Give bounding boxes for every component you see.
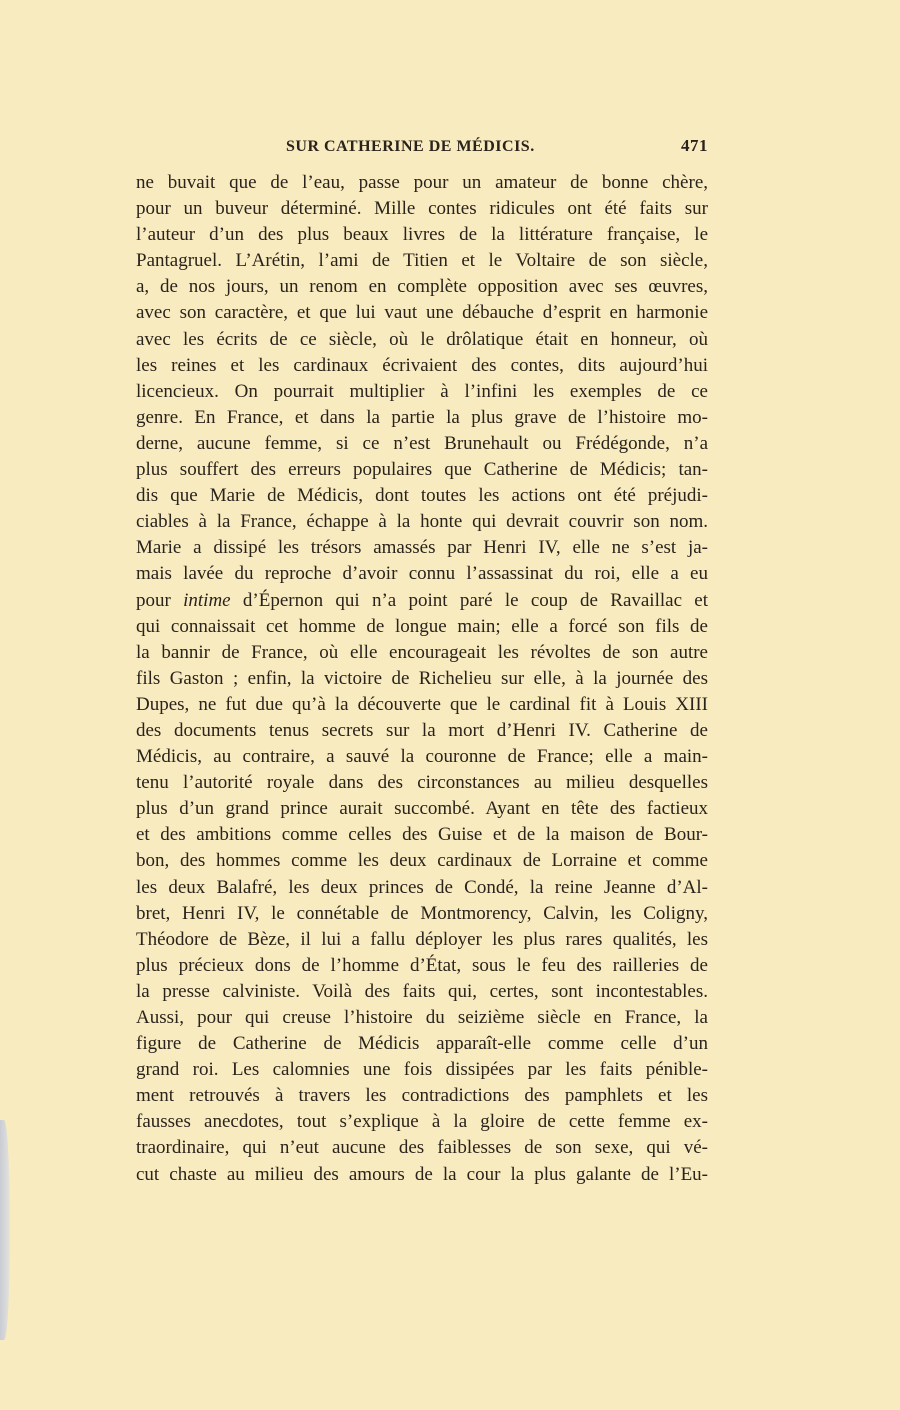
text-line: bon, des hommes comme les deux cardinaux… bbox=[136, 848, 708, 874]
text-line: dis que Marie de Médicis, dont toutes le… bbox=[136, 483, 708, 509]
text-line: tenu l’autorité royale dans des circonst… bbox=[136, 770, 708, 796]
text-line: la bannir de France, où elle encourageai… bbox=[136, 640, 708, 666]
body-text: ne buvait que de l’eau, passe pour un am… bbox=[136, 170, 708, 1188]
text-line: fausses anecdotes, tout s’explique à la … bbox=[136, 1109, 708, 1135]
text-line: Dupes, ne fut due qu’à la découverte que… bbox=[136, 692, 708, 718]
text-line: derne, aucune femme, si ce n’est Bruneha… bbox=[136, 431, 708, 457]
text-line: les deux Balafré, les deux princes de Co… bbox=[136, 875, 708, 901]
text-line: Théodore de Bèze, il lui a fallu déploye… bbox=[136, 927, 708, 953]
text-line: la presse calviniste. Voilà des faits qu… bbox=[136, 979, 708, 1005]
text-line-italic: pour intime d’Épernon qui n’a point paré… bbox=[136, 588, 708, 614]
text-line: plus précieux dons de l’homme d’État, so… bbox=[136, 953, 708, 979]
text-line: mais lavée du reproche d’avoir connu l’a… bbox=[136, 561, 708, 587]
text-line: Aussi, pour qui creuse l’histoire du sei… bbox=[136, 1005, 708, 1031]
text-after-italic: d’Épernon qui n’a point paré le coup de … bbox=[231, 590, 708, 611]
text-line: bret, Henri IV, le connétable de Montmor… bbox=[136, 901, 708, 927]
text-line: plus d’un grand prince aurait succombé. … bbox=[136, 796, 708, 822]
text-line: ne buvait que de l’eau, passe pour un am… bbox=[136, 170, 708, 196]
page-edge-shadow bbox=[0, 1120, 10, 1340]
text-line: pour un buveur déterminé. Mille contes r… bbox=[136, 196, 708, 222]
text-line: Médicis, au contraire, a sauvé la couron… bbox=[136, 744, 708, 770]
text-line: ment retrouvés à travers les contradicti… bbox=[136, 1083, 708, 1109]
book-page: SUR CATHERINE DE MÉDICIS. 471 ne buvait … bbox=[0, 0, 900, 1410]
text-line: l’auteur d’un des plus beaux livres de l… bbox=[136, 222, 708, 248]
text-line: les reines et les cardinaux écrivaient d… bbox=[136, 353, 708, 379]
text-line: ciables à la France, échappe à la honte … bbox=[136, 509, 708, 535]
text-line: avec son caractère, et que lui vaut une … bbox=[136, 300, 708, 326]
text-line: grand roi. Les calomnies une fois dissip… bbox=[136, 1057, 708, 1083]
text-line: des documents tenus secrets sur la mort … bbox=[136, 718, 708, 744]
page-header: SUR CATHERINE DE MÉDICIS. 471 bbox=[136, 136, 708, 158]
text-line: cut chaste au milieu des amours de la co… bbox=[136, 1162, 708, 1188]
text-line: traordinaire, qui n’eut aucune des faibl… bbox=[136, 1135, 708, 1161]
text-line: licencieux. On pourrait multiplier à l’i… bbox=[136, 379, 708, 405]
text-line: a, de nos jours, un renom en complète op… bbox=[136, 274, 708, 300]
text-line: figure de Catherine de Médicis apparaît-… bbox=[136, 1031, 708, 1057]
text-line: Pantagruel. L’Arétin, l’ami de Titien et… bbox=[136, 248, 708, 274]
text-line: fils Gaston ; enfin, la victoire de Rich… bbox=[136, 666, 708, 692]
text-line: et des ambitions comme celles des Guise … bbox=[136, 822, 708, 848]
text-line: Marie a dissipé les trésors amassés par … bbox=[136, 535, 708, 561]
running-title: SUR CATHERINE DE MÉDICIS. bbox=[286, 138, 535, 156]
text-before-italic: pour bbox=[136, 590, 183, 611]
text-line: plus souffert des erreurs populaires que… bbox=[136, 457, 708, 483]
italic-word: intime bbox=[183, 590, 231, 611]
page-number: 471 bbox=[681, 136, 708, 156]
text-line: avec les écrits de ce siècle, où le drôl… bbox=[136, 327, 708, 353]
text-line: genre. En France, et dans la partie la p… bbox=[136, 405, 708, 431]
text-line: qui connaissait cet homme de longue main… bbox=[136, 614, 708, 640]
